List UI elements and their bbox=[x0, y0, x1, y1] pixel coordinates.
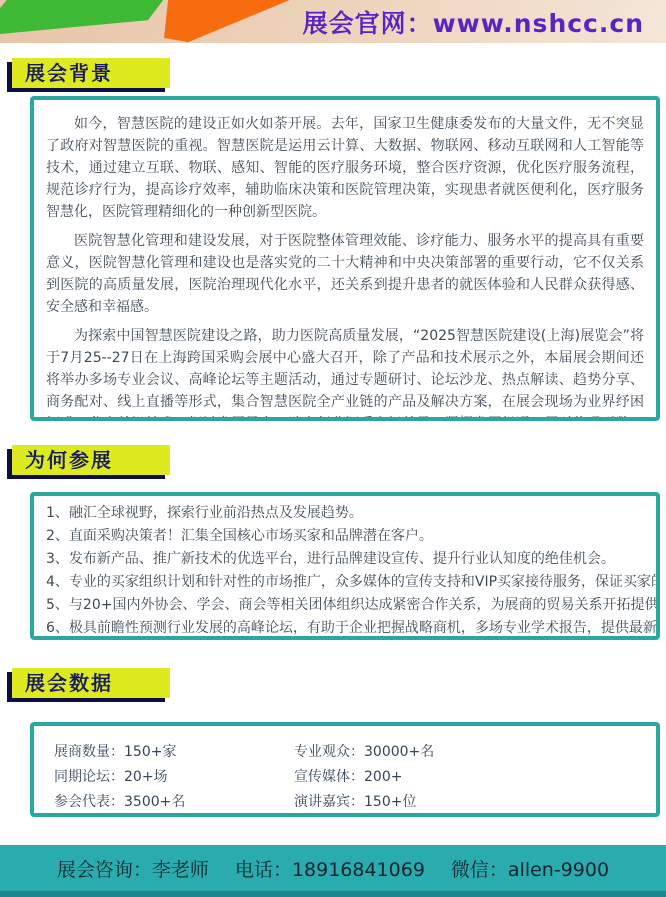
section-title: 展会背景 bbox=[12, 58, 170, 88]
list-item: 2、直面采购决策者！汇集全国核心市场买家和品牌潜在客户。 bbox=[46, 525, 646, 548]
stat-exhibitors: 展商数量：150+家 bbox=[54, 740, 284, 765]
stat-forums: 同期论坛：20+场 bbox=[54, 765, 284, 790]
stat-speakers: 演讲嘉宾：150+位 bbox=[294, 790, 646, 815]
background-paragraph: 为探索中国智慧医院建设之路，助力医院高质量发展，“2025智慧医院建设(上海)展… bbox=[46, 325, 644, 421]
orange-diagonal-shape bbox=[160, 0, 295, 43]
section-title: 为何参展 bbox=[12, 445, 170, 475]
exhibition-data-content-box: 展商数量：150+家 同期论坛：20+场 参会代表：3500+名 专业观众：30… bbox=[30, 722, 660, 817]
flyer-page: 展会官网：www.nshcc.cn 展会背景 如今，智慧医院的建设正如火如荼开展… bbox=[0, 0, 666, 897]
list-item: 1、融汇全球视野，探索行业前沿热点及发展趋势。 bbox=[46, 502, 646, 525]
phone-number-text: 电话：18916841069 bbox=[235, 855, 425, 882]
stat-visitors: 专业观众：30000+名 bbox=[294, 740, 646, 765]
section-label-background: 展会背景 bbox=[12, 58, 170, 88]
list-item: 3、发布新产品、推广新技术的优选平台，进行品牌建设宣传、提升行业认知度的绝佳机会… bbox=[46, 548, 646, 571]
stats-column-left: 展商数量：150+家 同期论坛：20+场 参会代表：3500+名 bbox=[54, 740, 284, 815]
stats-column-right: 专业观众：30000+名 宣传媒体：200+ 演讲嘉宾：150+位 bbox=[294, 740, 646, 815]
list-item: 6、极具前瞻性预测行业发展的高峰论坛，有助于企业把握战略商机，多场专业学术报告，… bbox=[46, 617, 646, 640]
footer-contact-bar: 展会咨询：李老师 电话：18916841069 微信：allen-9900 bbox=[0, 845, 666, 897]
stat-delegates: 参会代表：3500+名 bbox=[54, 790, 284, 815]
site-url-text[interactable]: 展会官网：www.nshcc.cn bbox=[303, 4, 644, 40]
top-banner: 展会官网：www.nshcc.cn bbox=[0, 0, 666, 43]
list-item: 4、专业的买家组织计划和针对性的市场推广，众多媒体的宣传支持和VIP买家接待服务… bbox=[46, 571, 646, 594]
section-label-exhibition-data: 展会数据 bbox=[12, 668, 170, 698]
wechat-id-text: 微信：allen-9900 bbox=[451, 855, 609, 882]
background-paragraph: 如今，智慧医院的建设正如火如荼开展。去年，国家卫生健康委发布的大量文件，无不突显… bbox=[46, 113, 644, 223]
green-diagonal-shape bbox=[0, 0, 170, 43]
stat-media: 宣传媒体：200+ bbox=[294, 765, 646, 790]
consult-contact-text: 展会咨询：李老师 bbox=[57, 855, 209, 882]
why-exhibit-content-box: 1、融汇全球视野，探索行业前沿热点及发展趋势。 2、直面采购决策者！汇集全国核心… bbox=[30, 492, 660, 640]
section-title: 展会数据 bbox=[12, 668, 170, 698]
background-paragraph: 医院智慧化管理和建设发展，对于医院整体管理效能、诊疗能力、服务水平的提高具有重要… bbox=[46, 230, 644, 318]
background-content-box: 如今，智慧医院的建设正如火如荼开展。去年，国家卫生健康委发布的大量文件，无不突显… bbox=[30, 96, 660, 421]
section-label-why-exhibit: 为何参展 bbox=[12, 445, 170, 475]
list-item: 5、与20+国内外协会、学会、商会等相关团体组织达成紧密合作关系，为展商的贸易关… bbox=[46, 594, 646, 617]
